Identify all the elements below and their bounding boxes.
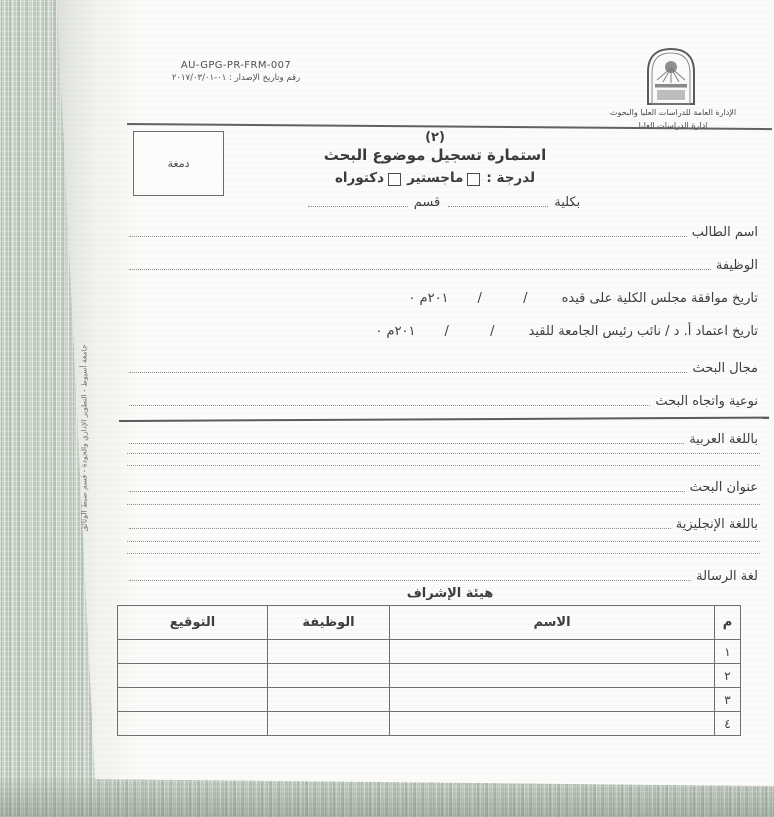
occupation-label: الوظيفة bbox=[716, 258, 758, 273]
dotted-line bbox=[127, 452, 760, 454]
column-index: م bbox=[715, 606, 741, 640]
arabic-title-row: باللغة العربية bbox=[127, 429, 758, 447]
fill-line bbox=[129, 490, 685, 492]
column-name: الاسم bbox=[390, 606, 715, 640]
supervision-empty-cell bbox=[268, 640, 390, 664]
form-number: (٢) bbox=[300, 130, 570, 145]
college-department-row: بكلية قسم bbox=[295, 195, 585, 210]
masters-checkbox-icon bbox=[467, 173, 480, 186]
research-area-row: مجال البحث bbox=[127, 358, 758, 376]
dotted-line bbox=[127, 552, 760, 554]
college-approval-row: تاريخ موافقة مجلس الكلية على قيده / / ٢٠… bbox=[127, 288, 758, 306]
fill-line bbox=[129, 442, 684, 444]
fill-line bbox=[129, 235, 687, 237]
supervision-table-body: ١٢٣٤ bbox=[118, 640, 741, 736]
stamp-box: دمغة bbox=[133, 131, 224, 196]
stamp-label: دمغة bbox=[168, 157, 190, 170]
supervision-row: ١ bbox=[118, 640, 741, 664]
form-code: AU-GPG-PR-FRM-007 bbox=[150, 60, 322, 71]
vp-approval-row: تاريخ اعتماد أ. د / نائب رئيس الجامعة لل… bbox=[127, 321, 758, 339]
supervision-empty-cell bbox=[118, 688, 268, 712]
fill-line bbox=[129, 404, 650, 406]
thesis-language-label: لغة الرسالة bbox=[696, 569, 758, 584]
degree-option-doctorate: دكتوراه bbox=[335, 170, 384, 186]
issue-date-line: رقم وتاريخ الإصدار : ٠١-٢٠١٧/٠٣/٠١ bbox=[138, 73, 334, 83]
degree-option-masters: ماجستير bbox=[407, 170, 463, 186]
column-occupation: الوظيفة bbox=[268, 606, 390, 640]
degree-row: لدرجة : ماجستير دكتوراه bbox=[280, 170, 590, 186]
supervision-empty-cell bbox=[390, 664, 715, 688]
scanned-form-page: AU-GPG-PR-FRM-007 رقم وتاريخ الإصدار : ٠… bbox=[0, 0, 774, 817]
english-title-row: باللغة الإنجليزية bbox=[127, 514, 758, 532]
supervision-empty-cell bbox=[390, 712, 715, 736]
supervision-row: ٢ bbox=[118, 664, 741, 688]
degree-label: لدرجة : bbox=[486, 170, 535, 186]
supervision-empty-cell bbox=[268, 664, 390, 688]
form-title: استمارة تسجيل موضوع البحث bbox=[280, 146, 590, 164]
column-signature: التوقيع bbox=[118, 606, 268, 640]
student-name-row: اسم الطالب bbox=[127, 222, 758, 240]
department-label: قسم bbox=[414, 195, 440, 210]
side-note: جامعة أسيوط - التطوير الإداري والجودة - … bbox=[80, 344, 89, 531]
college-approval-label: تاريخ موافقة مجلس الكلية على قيده bbox=[562, 291, 758, 306]
research-type-row: نوعية واتجاه البحث bbox=[127, 391, 758, 409]
supervision-row: ٣ bbox=[118, 688, 741, 712]
dotted-line bbox=[127, 464, 760, 466]
supervision-empty-cell bbox=[118, 640, 268, 664]
college-approval-date: / / ٢٠١م ٠ bbox=[408, 291, 527, 306]
fill-line bbox=[129, 527, 671, 529]
supervision-empty-cell bbox=[390, 640, 715, 664]
research-title-label: عنوان البحث bbox=[690, 480, 758, 495]
fill-line bbox=[129, 579, 691, 581]
supervision-index-cell: ٢ bbox=[715, 664, 741, 688]
fill-line bbox=[129, 371, 687, 373]
university-seal-icon bbox=[643, 46, 699, 106]
english-label: باللغة الإنجليزية bbox=[676, 517, 758, 532]
supervision-empty-cell bbox=[118, 712, 268, 736]
vp-approval-label: تاريخ اعتماد أ. د / نائب رئيس الجامعة لل… bbox=[529, 324, 758, 339]
research-type-label: نوعية واتجاه البحث bbox=[655, 394, 758, 409]
fill-line bbox=[129, 268, 711, 270]
student-name-label: اسم الطالب bbox=[692, 225, 758, 240]
research-title-row: عنوان البحث bbox=[127, 477, 758, 495]
supervision-section-title: هيئة الإشراف bbox=[380, 586, 520, 601]
doctorate-checkbox-icon bbox=[388, 173, 401, 186]
org-name-line1: الإدارة العامة للدراسات العليا والبحوث bbox=[588, 108, 758, 117]
supervision-index-cell: ٤ bbox=[715, 712, 741, 736]
research-area-label: مجال البحث bbox=[692, 361, 758, 376]
supervision-empty-cell bbox=[268, 712, 390, 736]
vp-approval-date: / / ٢٠١م ٠ bbox=[375, 324, 494, 339]
college-label: بكلية bbox=[554, 195, 580, 210]
dotted-line bbox=[127, 540, 760, 542]
supervision-header-row: م الاسم الوظيفة التوقيع bbox=[118, 606, 741, 640]
supervision-index-cell: ١ bbox=[715, 640, 741, 664]
supervision-table: م الاسم الوظيفة التوقيع ١٢٣٤ bbox=[117, 605, 741, 736]
dotted-line bbox=[127, 503, 760, 505]
supervision-empty-cell bbox=[390, 688, 715, 712]
supervision-empty-cell bbox=[118, 664, 268, 688]
thesis-language-row: لغة الرسالة bbox=[127, 566, 758, 584]
supervision-empty-cell bbox=[268, 688, 390, 712]
department-fill-line bbox=[308, 205, 408, 207]
college-fill-line bbox=[448, 205, 548, 207]
occupation-row: الوظيفة bbox=[127, 255, 758, 273]
arabic-label: باللغة العربية bbox=[689, 432, 758, 447]
supervision-row: ٤ bbox=[118, 712, 741, 736]
supervision-index-cell: ٣ bbox=[715, 688, 741, 712]
